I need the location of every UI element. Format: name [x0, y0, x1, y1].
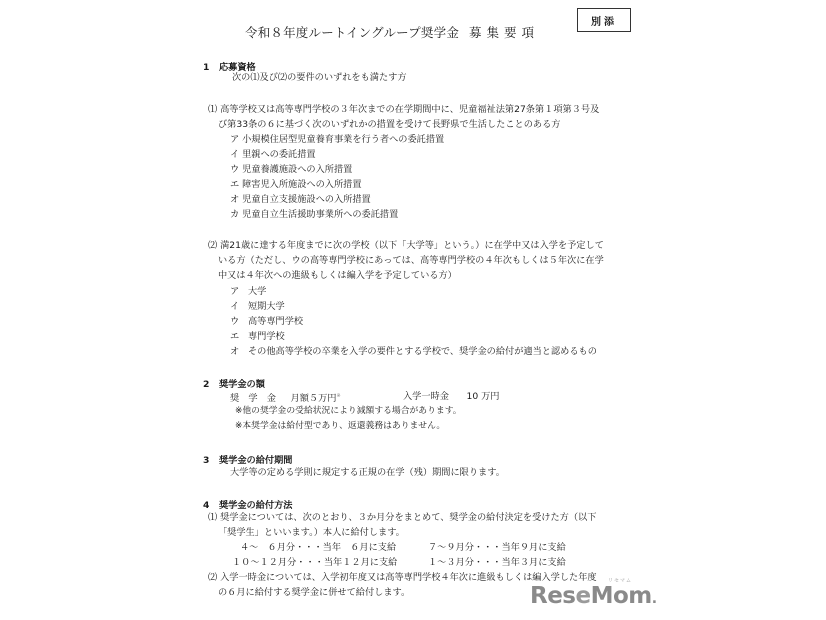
lump-sum-label: 入学一時金	[403, 391, 449, 402]
note-no-repayment: ※本奨学金は給付型であり、返還義務はありません。	[235, 419, 445, 434]
measure-option: エ 障害児入所施設への入所措置	[230, 177, 362, 192]
section-3-heading: 3奨学金の給付期間	[203, 452, 293, 466]
eligibility-item-2: ⑵ 満21歳に達する年度までに次の学校（以下「大学等」という。）に在学中又は入学…	[208, 238, 604, 253]
schedule-apr-jun: ４～ ６月分・・・当年 ６月に支給	[240, 540, 396, 555]
title-suffix: 募集要項	[469, 25, 539, 40]
measure-option: イ 里親への委託措置	[230, 147, 316, 162]
payment-item-2-cont: の６月に給付する奨学金に併せて給付します。	[218, 585, 410, 600]
lump-sum-amount: 10 万円	[466, 391, 499, 402]
payment-item-1: ⑴ 奨学金については、次のとおり、３か月分をまとめて、奨学金の給付決定を受けた方…	[208, 510, 596, 525]
school-option: オ その他高等学校の卒業を入学の要件とする学校で、奨学金の給付が適当と認めるもの	[230, 344, 597, 359]
school-option: ウ 高等専門学校	[230, 314, 303, 329]
measure-option: カ 児童自立生活援助事業所への委託措置	[230, 207, 398, 222]
schedule-oct-dec: １０～１２月分・・・当年１２月に支給	[232, 555, 397, 570]
title-main: 令和８年度ルートイングループ奨学金	[245, 25, 459, 40]
watermark-ruby: リセマム	[608, 577, 632, 584]
payment-item-1-cont: 「奨学生」といいます。）本人に給付します。	[218, 525, 405, 540]
section-3-text: 大学等の定める学則に規定する正規の在学（残）期間に限ります。	[230, 465, 505, 480]
eligibility-item-1: ⑴ 高等学校又は高等専門学校の３年次までの在学期間中に、児童福祉法第27条第１項…	[208, 102, 599, 117]
scholarship-amount: 月額５万円	[291, 393, 337, 404]
eligibility-item-2-cont: 中又は４年次への進級もしくは編入学を予定している方）	[218, 268, 457, 283]
schedule-jan-mar: １～３月分・・・当年３月に支給	[428, 555, 566, 570]
attachment-label: 別添	[591, 13, 617, 28]
section-2-heading: 2奨学金の額	[203, 376, 265, 390]
school-option: エ 専門学校	[230, 329, 285, 344]
measure-option: ア 小規模住居型児童養育事業を行う者への委託措置	[230, 132, 444, 147]
school-option: ア 大学	[230, 284, 266, 299]
attachment-badge: 別添	[577, 8, 631, 32]
eligibility-item-2-cont: いる方（ただし、ウの高等専門学校にあっては、高等専門学校の４年次もしくは５年次に…	[218, 253, 604, 268]
section-4-heading: 4奨学金の給付方法	[203, 497, 293, 511]
measure-option: ウ 児童養護施設への入所措置	[230, 162, 352, 177]
eligibility-item-1-cont: び第33条の６に基づく次のいずれかの措置を受けて長野県で生活したことのある方	[218, 117, 560, 132]
scholarship-label: 奨 学 金	[230, 393, 276, 404]
document-title: 令和８年度ルートイングループ奨学金募集要項	[245, 23, 539, 41]
resemom-watermark-logo: ReseMom. リセマム	[530, 583, 657, 609]
section-1-intro: 次の⑴及び⑵の要件のいずれをも満たす方	[232, 70, 407, 85]
schedule-jul-sep: ７～９月分・・・当年９月に支給	[428, 540, 566, 555]
note-reduction: ※他の奨学金の受給状況により減額する場合があります。	[235, 404, 462, 419]
measure-option: オ 児童自立支援施設への入所措置	[230, 192, 371, 207]
lump-sum-row: 入学一時金 10 万円	[403, 389, 499, 404]
school-option: イ 短期大学	[230, 299, 285, 314]
